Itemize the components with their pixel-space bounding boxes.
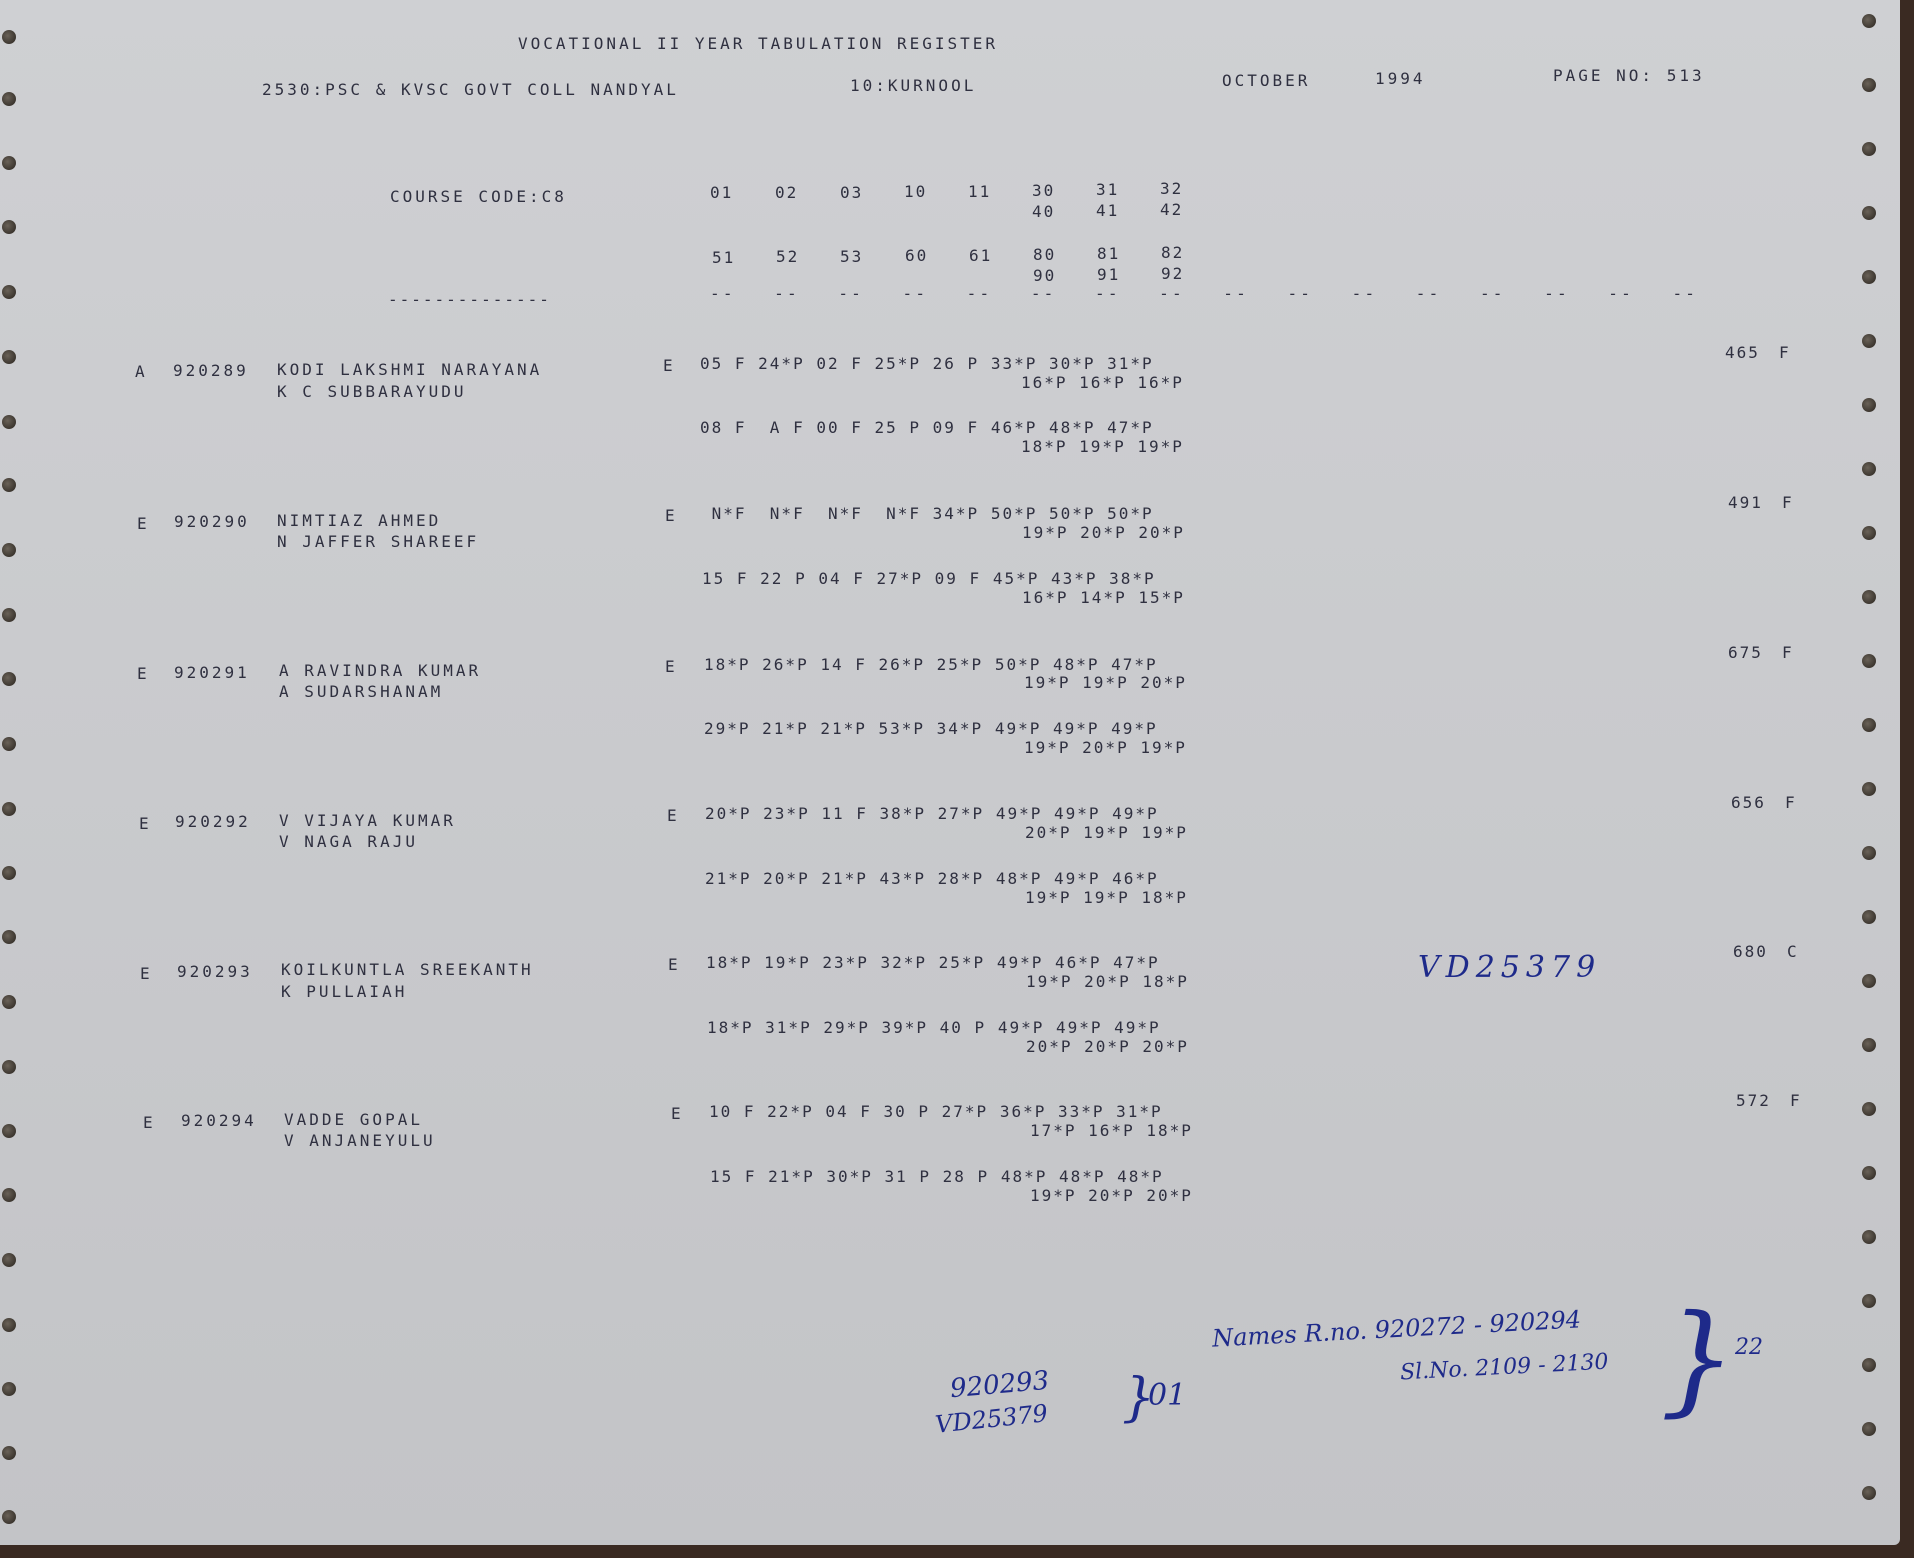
marks-line1: N*F N*F N*F N*F 34*P 50*P 50*P 50*P [700, 504, 1154, 523]
medium: E [667, 806, 679, 825]
column-separator: -- -- -- -- -- -- -- -- -- -- -- -- -- -… [710, 284, 1698, 303]
marks-line2b: 19*P 19*P 18*P [1025, 888, 1188, 907]
marks-line1: 20*P 23*P 11 F 38*P 27*P 49*P 49*P 49*P [705, 804, 1159, 823]
father-name: N JAFFER SHAREEF [277, 532, 479, 551]
result: C [1787, 942, 1799, 961]
marks-line1: 10 F 22*P 04 F 30 P 27*P 36*P 33*P 31*P [709, 1102, 1163, 1121]
marks-line1b: 20*P 19*P 19*P [1025, 823, 1188, 842]
roll-number: 920293 [177, 962, 253, 981]
result: F [1790, 1091, 1802, 1110]
brace-icon: } [1660, 1300, 1736, 1420]
student-name: VADDE GOPAL [284, 1110, 423, 1129]
medium: E [665, 506, 677, 525]
left-binder-holes [2, 0, 26, 1558]
handwritten-roll-range: Names R.no. 920272 - 920294 [1212, 1305, 1582, 1352]
student-name: V VIJAYA KUMAR [279, 811, 456, 830]
student-name: KOILKUNTLA SREEKANTH [281, 960, 534, 979]
medium: E [665, 657, 677, 676]
father-name: V ANJANEYULU [284, 1131, 436, 1150]
marks-line2: 21*P 20*P 21*P 43*P 28*P 48*P 49*P 46*P [705, 869, 1159, 888]
marks-line2: 15 F 22 P 04 F 27*P 09 F 45*P 43*P 38*P [702, 569, 1156, 588]
father-name: K PULLAIAH [281, 982, 407, 1001]
result: F [1782, 643, 1794, 662]
register-page: VOCATIONAL II YEAR TABULATION REGISTER 2… [0, 0, 1900, 1545]
marks-line2: 08 F A F 00 F 25 P 09 F 46*P 48*P 47*P [700, 418, 1154, 437]
register-title: VOCATIONAL II YEAR TABULATION REGISTER [518, 34, 998, 53]
exam-month: OCTOBER [1222, 71, 1310, 90]
handwritten-roll: 920293 [949, 1366, 1051, 1405]
course-code: COURSE CODE:C8 [390, 187, 567, 206]
roll-number: 920289 [173, 361, 249, 380]
student-name: KODI LAKSHMI NARAYANA [277, 360, 542, 379]
total-marks: 656 [1731, 793, 1766, 812]
roll-number: 920290 [174, 512, 250, 531]
result: F [1782, 493, 1794, 512]
marks-line2b: 16*P 14*P 15*P [1022, 588, 1185, 607]
handwritten-code: VD25379 [934, 1399, 1049, 1439]
roll-number: 920292 [175, 812, 251, 831]
marks-line1b: 19*P 19*P 20*P [1024, 673, 1187, 692]
total-marks: 491 [1728, 493, 1763, 512]
course-underline: -------------- [388, 290, 551, 309]
marks-line2: 18*P 31*P 29*P 39*P 40 P 49*P 49*P 49*P [707, 1018, 1161, 1037]
roll-number: 920291 [174, 663, 250, 682]
handwritten-count-left: 01 [1148, 1378, 1186, 1413]
marks-line2b: 19*P 20*P 19*P [1024, 738, 1187, 757]
handwritten-serial-range: Sl.No. 2109 - 2130 [1399, 1350, 1609, 1386]
total-marks: 675 [1728, 643, 1763, 662]
father-name: K C SUBBARAYUDU [277, 382, 467, 401]
handwritten-margin-note: VD25379 [1418, 950, 1601, 985]
total-marks: 680 [1733, 942, 1768, 961]
roll-number: 920294 [181, 1111, 257, 1130]
marks-line1b: 19*P 20*P 20*P [1022, 523, 1185, 542]
marks-line1: 18*P 26*P 14 F 26*P 25*P 50*P 48*P 47*P [704, 655, 1158, 674]
marks-line1b: 17*P 16*P 18*P [1030, 1121, 1193, 1140]
medium: E [671, 1104, 683, 1123]
marks-line1b: 19*P 20*P 18*P [1026, 972, 1189, 991]
father-name: V NAGA RAJU [279, 832, 418, 851]
marks-line2: 29*P 21*P 21*P 53*P 34*P 49*P 49*P 49*P [704, 719, 1158, 738]
marks-line1: 18*P 19*P 23*P 32*P 25*P 49*P 46*P 47*P [706, 953, 1160, 972]
result: F [1785, 793, 1797, 812]
total-marks: 572 [1736, 1091, 1771, 1110]
student-name: A RAVINDRA KUMAR [279, 661, 481, 680]
marks-line2b: 20*P 20*P 20*P [1026, 1037, 1189, 1056]
marks-line2b: 19*P 20*P 20*P [1030, 1186, 1193, 1205]
handwritten-count-right: 22 [1735, 1335, 1763, 1360]
district-name: 10:KURNOOL [850, 76, 976, 95]
marks-line1b: 16*P 16*P 16*P [1021, 373, 1184, 392]
medium: E [663, 356, 675, 375]
student-name: NIMTIAZ AHMED [277, 511, 441, 530]
total-marks: 465 [1725, 343, 1760, 362]
medium: E [668, 955, 680, 974]
exam-year: 1994 [1375, 69, 1426, 88]
marks-line2: 15 F 21*P 30*P 31 P 28 P 48*P 48*P 48*P [710, 1167, 1164, 1186]
marks-line1: 05 F 24*P 02 F 25*P 26 P 33*P 30*P 31*P [700, 354, 1154, 373]
right-binder-holes [1862, 0, 1886, 1558]
father-name: A SUDARSHANAM [279, 682, 443, 701]
result: F [1779, 343, 1791, 362]
page-number: PAGE NO: 513 [1553, 66, 1705, 85]
college-name: 2530:PSC & KVSC GOVT COLL NANDYAL [262, 80, 679, 99]
marks-line2b: 18*P 19*P 19*P [1021, 437, 1184, 456]
